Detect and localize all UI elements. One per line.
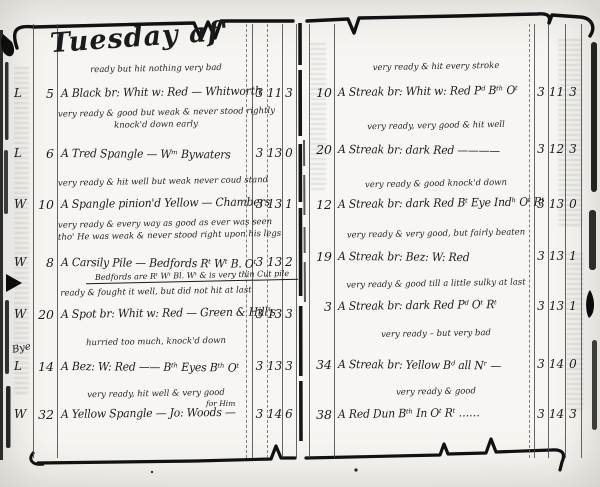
weight-lb: 3 <box>534 407 548 421</box>
showthrough-ghost <box>566 250 584 410</box>
weight-q: 3 <box>565 407 581 421</box>
weight-oz: 13 <box>548 299 565 313</box>
cock-entry: A Streak br: dark Red ———— <box>338 142 500 157</box>
match-number: 10 <box>30 197 54 212</box>
weight-q: 0 <box>282 146 296 160</box>
column-rule <box>296 24 297 458</box>
weight-lb: 3 <box>534 85 548 99</box>
weight-oz: 14 <box>267 407 282 421</box>
match-number: 6 <box>30 146 54 161</box>
cock-entry: A Bez: W: Red —— Bᵗʰ Eyes Bᵗʰ Oᵗ <box>61 359 239 375</box>
result-letter: L <box>14 86 22 100</box>
weight-lb: 3 <box>534 142 548 156</box>
weight-q: 0 <box>565 357 581 371</box>
cock-entry: A Red Dun Bᵗʰ In Oᵗ Rᵗ …… <box>338 405 480 421</box>
weight-q: 1 <box>282 197 296 211</box>
cock-entry: A Streak br: dark Red Pᵈ Oᵗ Rᵗ <box>338 297 497 313</box>
weight-q: 3 <box>282 86 296 100</box>
match-number: 12 <box>308 197 332 212</box>
weight-lb: 3 <box>534 357 548 371</box>
cock-entry: A Streak br: Whit w: Red Pᵈ Bᵗʰ Oᵗ <box>338 83 518 99</box>
weight-lb: 3 <box>534 249 548 263</box>
weight-lb: 3 <box>252 197 267 211</box>
match-number: 10 <box>308 85 332 100</box>
weight-q: 3 <box>565 142 581 156</box>
cock-entry: A Black br: Whit w: Red — Whitworth <box>61 84 262 100</box>
result-letter: W <box>14 197 26 211</box>
weight-oz: 11 <box>548 85 565 99</box>
interlinear-note: for Him <box>206 399 235 408</box>
weight-q: 3 <box>282 359 296 373</box>
cock-entry: A Streak br: Bez: W: Red <box>338 249 470 264</box>
weight-q: 1 <box>565 249 581 263</box>
match-number: 3 <box>308 299 332 314</box>
result-letter: W <box>14 407 26 421</box>
match-number: 20 <box>308 142 332 157</box>
match-number: 32 <box>30 407 54 422</box>
column-rule <box>334 24 335 458</box>
match-number: 8 <box>30 255 54 270</box>
result-letter: L <box>14 359 22 373</box>
result-letter: L <box>14 146 22 160</box>
cock-entry: A Streak br: Yellow Bᵈ all Nʳ — <box>338 357 501 372</box>
ledger-page-scan: Tuesday af' ready but hit nothing very b… <box>0 0 600 487</box>
weight-oz: 13 <box>267 359 282 373</box>
weight-lb: 3 <box>252 307 267 321</box>
match-number: 5 <box>30 86 54 101</box>
cock-entry: A Spot br: Whit w: Red — Green & Hill's <box>61 304 276 321</box>
weight-lb: 3 <box>252 359 267 373</box>
match-number: 20 <box>30 307 54 322</box>
weight-oz: 12 <box>548 142 565 156</box>
weight-oz: 13 <box>267 197 282 211</box>
weight-lb: 3 <box>252 255 267 269</box>
weight-lb: 3 <box>252 407 267 421</box>
match-number: 14 <box>30 359 54 374</box>
result-letter: W <box>14 255 26 269</box>
cock-entry: A Carsily Pile — Bedfords Rᵗ Wᵗ B. Oᵗ <box>61 255 256 271</box>
weight-oz: 13 <box>267 307 282 321</box>
cock-entry: A Spangle pinion'd Yellow — Chambers <box>61 194 270 211</box>
weight-oz: 14 <box>548 407 565 421</box>
weight-q: 2 <box>282 255 296 269</box>
match-number: 38 <box>308 407 332 422</box>
weight-q: 6 <box>282 407 296 421</box>
weight-lb: 3 <box>252 86 267 100</box>
weight-oz: 13 <box>548 249 565 263</box>
weight-oz: 13 <box>267 255 282 269</box>
cock-entry: A Streak br: dark Red Bᵗ Eye Indʰ Oᵗ Rᵗ <box>338 194 544 211</box>
weight-oz: 13 <box>267 146 282 160</box>
match-number: 34 <box>308 357 332 372</box>
weight-q: 1 <box>565 299 581 313</box>
weight-oz: 13 <box>548 197 565 211</box>
weight-oz: 14 <box>548 357 565 371</box>
result-letter: W <box>14 307 26 321</box>
weight-lb: 3 <box>534 299 548 313</box>
weight-oz: 11 <box>267 86 282 100</box>
showthrough-ghost <box>310 40 326 190</box>
match-number: 19 <box>308 249 332 264</box>
weight-q: 3 <box>565 85 581 99</box>
weight-q: 0 <box>565 197 581 211</box>
weight-lb: 3 <box>534 197 548 211</box>
weight-lb: 3 <box>252 146 267 160</box>
cock-entry: A Tred Spangle — Wᵐ Bywaters <box>61 146 231 161</box>
weight-q: 3 <box>282 307 296 321</box>
